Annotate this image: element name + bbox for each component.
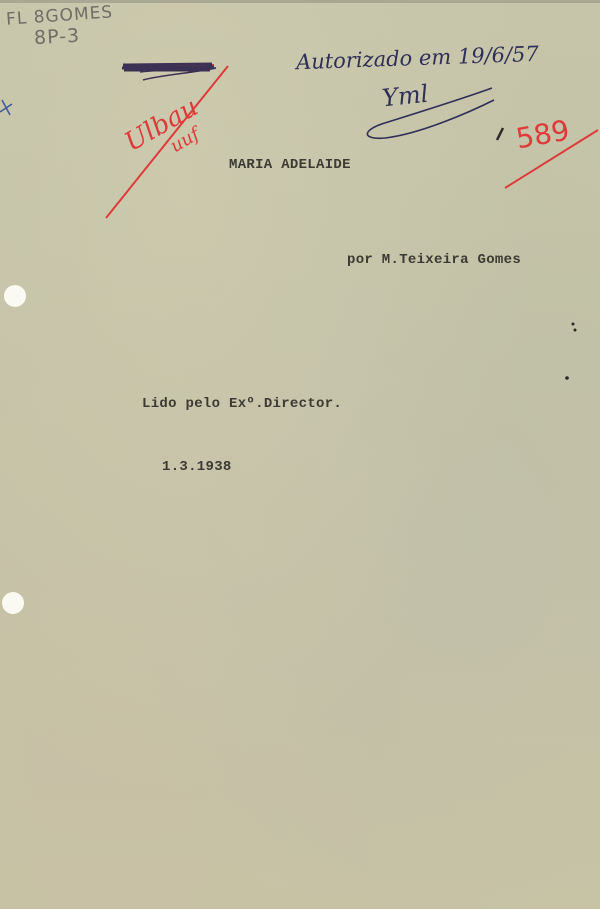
punch-hole-top: [4, 285, 26, 307]
reading-note: Lido pelo Exº.Director.: [142, 396, 342, 412]
annotation-strokes: [0, 0, 600, 909]
author-line: por M.Teixeira Gomes: [347, 252, 521, 268]
punch-hole-bottom: [2, 592, 24, 614]
document-title: MARIA ADELAIDE: [229, 157, 351, 173]
document-date: 1.3.1938: [162, 459, 232, 475]
blue-cross-mark: [0, 100, 12, 115]
blue-tick: [497, 128, 503, 140]
document-page: FL 8GOMES 8P-3 Autorizado em 19/6/57 Yml…: [0, 0, 600, 909]
red-slash-left: [106, 66, 228, 218]
struck-out-word: [122, 64, 216, 80]
red-slash-right: [505, 130, 598, 188]
signature-flourish: [367, 88, 494, 138]
